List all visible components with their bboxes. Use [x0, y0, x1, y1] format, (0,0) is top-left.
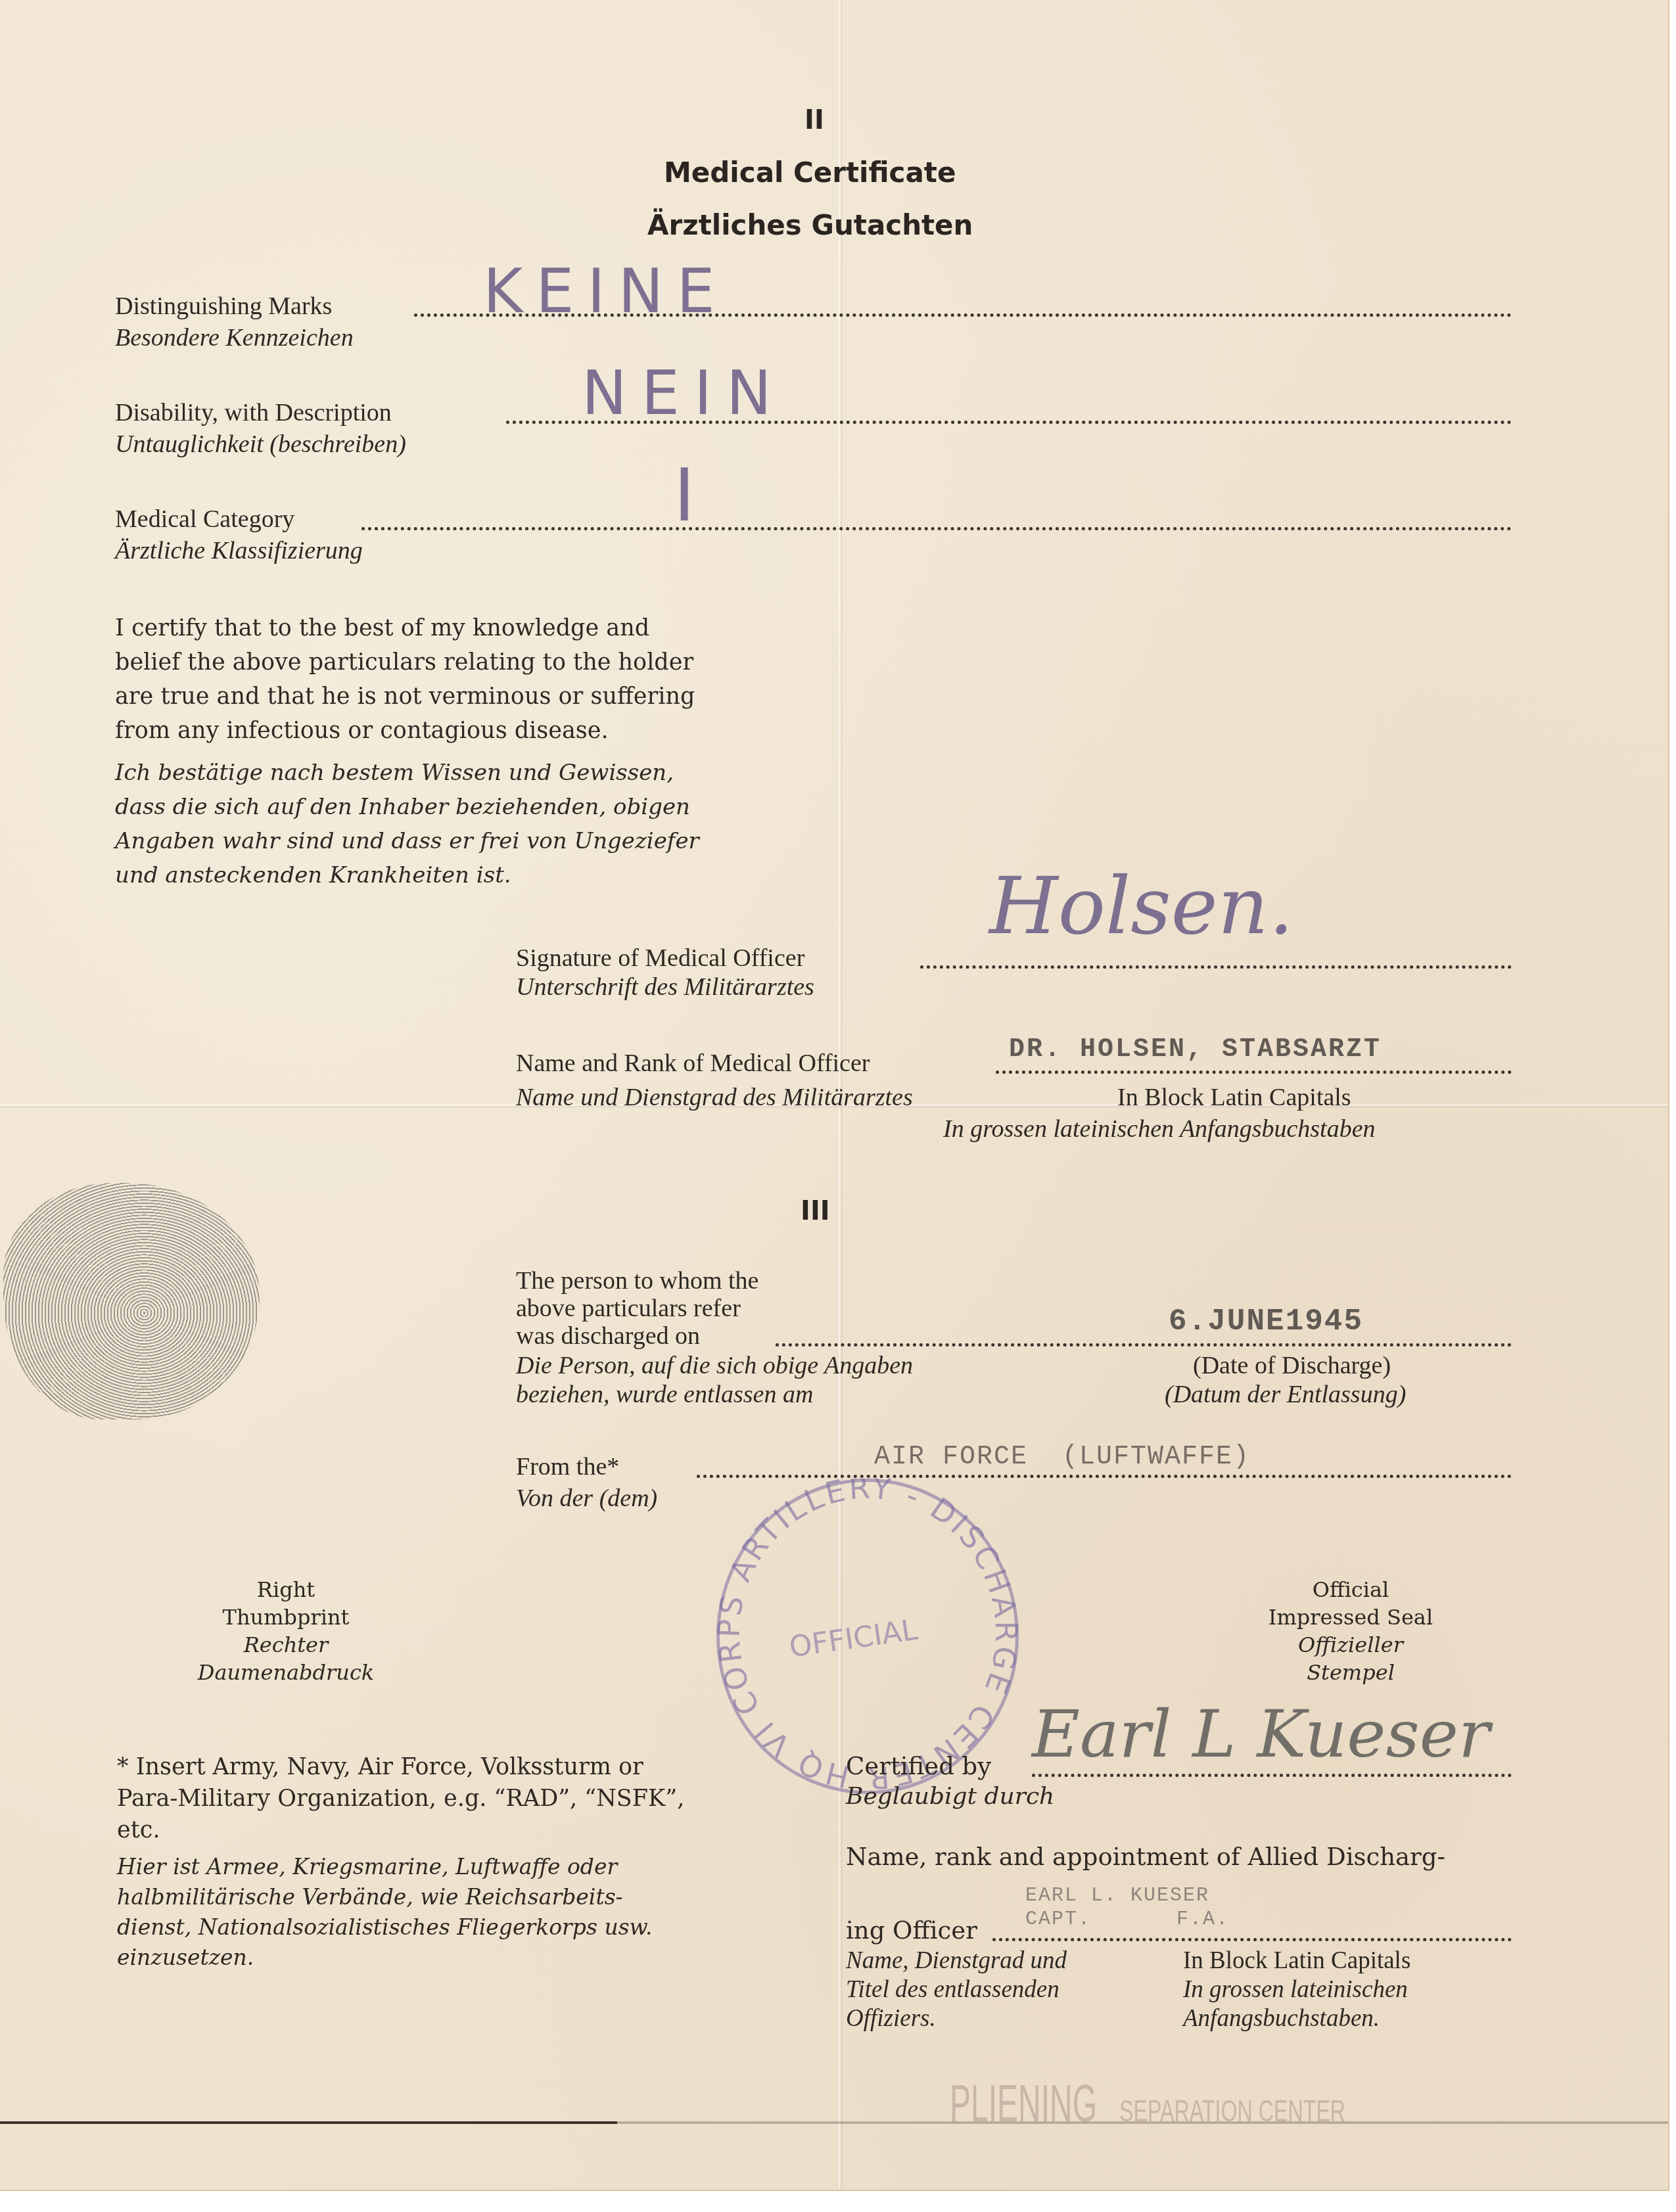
- disability-label: Disability, with Description: [115, 398, 392, 427]
- from-the-value: AIR FORCE (LUFTWAFFE): [874, 1442, 1250, 1472]
- footnote-en-line: Para-Military Organization, e.g. “RAD”, …: [117, 1783, 684, 1814]
- separation-center-stamp: PLIENING SEPARATION CENTER: [950, 2073, 1442, 2134]
- allied-officer-stamp-rank: CAPT.: [1025, 1908, 1091, 1931]
- official-seal-stamp: HQ VI CORPS ARTILLERY - DISCHARGE CENTER…: [716, 1479, 1019, 1794]
- thumbprint-caption-line: Rechter: [154, 1631, 417, 1659]
- medical-category-field-line: [361, 524, 1512, 530]
- allied-officer-name-label-line1: Name, rank and appointment of Allied Dis…: [846, 1840, 1445, 1874]
- footnote-en: * Insert Army, Navy, Air Force, Volksstu…: [117, 1751, 684, 1846]
- medical-officer-name-label-de: Name und Dienstgrad des Militärarztes: [516, 1083, 913, 1112]
- seal-caption-line: Impressed Seal: [1222, 1603, 1479, 1631]
- separation-center-stamp-big: PLIENING: [950, 2073, 1097, 2134]
- from-the-field-line: [697, 1472, 1512, 1478]
- medical-category-label: Medical Category: [115, 505, 294, 534]
- discharge-label-de-line: beziehen, wurde entlassen am: [516, 1380, 913, 1409]
- seal-caption: Official Impressed Seal Offizieller Stem…: [1222, 1576, 1479, 1686]
- block-capitals-label-de: In grossen lateinischen Anfangsbuchstabe…: [943, 1115, 1376, 1143]
- allied-officer-caps-line: In grossen lateinischen: [1183, 1975, 1410, 2004]
- distinguishing-marks-value: KEINE: [483, 256, 728, 327]
- allied-officer-caps-line: In Block Latin Capitals: [1183, 1947, 1410, 1975]
- seal-center-text: OFFICIAL: [787, 1613, 920, 1665]
- right-thumbprint-image: [3, 1183, 260, 1419]
- certification-de-line: Ich bestätige nach bestem Wissen und Gew…: [115, 756, 699, 790]
- date-of-discharge-label-de: (Datum der Entlassung): [1165, 1380, 1406, 1409]
- discharge-date-value: 6.JUNE1945: [1169, 1304, 1363, 1339]
- certification-en-line: belief the above particulars relating to…: [115, 645, 695, 680]
- seal-caption-line: Official: [1222, 1576, 1479, 1603]
- discharge-label-de-line: Die Person, auf die sich obige Angaben: [516, 1351, 913, 1380]
- footnote-en-line: * Insert Army, Navy, Air Force, Volksstu…: [117, 1751, 684, 1783]
- medical-officer-signature-label-de: Unterschrift des Militärarztes: [516, 973, 814, 1002]
- medical-officer-signature-label: Signature of Medical Officer: [516, 944, 804, 973]
- footnote-de-line: halbmilitärische Verbände, wie Reichsarb…: [117, 1882, 652, 1912]
- certification-de-line: dass die sich auf den Inhaber beziehende…: [115, 790, 699, 824]
- footnote-de-line: Hier ist Armee, Kriegsmarine, Luftwaffe …: [117, 1852, 652, 1882]
- discharge-label-line: above particulars refer: [516, 1295, 758, 1322]
- medical-category-label-de: Ärztliche Klassifizierung: [115, 536, 363, 565]
- date-of-discharge-label: (Date of Discharge): [1193, 1351, 1391, 1380]
- allied-officer-name-label-line2: ing Officer: [846, 1914, 977, 1948]
- from-the-label: From the*: [516, 1452, 619, 1481]
- medical-officer-signature: Holsen.: [989, 861, 1293, 952]
- discharge-date-line: [776, 1341, 1512, 1347]
- certification-de-line: und ansteckenden Krankheiten ist.: [115, 858, 699, 892]
- seal-ring-text-graphic: HQ VI CORPS ARTILLERY - DISCHARGE CENTER…: [716, 1479, 1019, 1794]
- allied-officer-caps-label: In Block Latin Capitals In grossen latei…: [1183, 1947, 1410, 2033]
- allied-officer-stamp-unit: F.A.: [1176, 1908, 1229, 1931]
- certified-by-label-de: Beglaubigt durch: [846, 1780, 1054, 1814]
- block-capitals-label: In Block Latin Capitals: [1117, 1083, 1351, 1112]
- seal-caption-line: Offizieller: [1222, 1631, 1479, 1659]
- section-iii-numeral: III: [801, 1196, 830, 1226]
- section-ii-numeral: II: [804, 105, 824, 135]
- footnote-de: Hier ist Armee, Kriegsmarine, Luftwaffe …: [117, 1852, 652, 1973]
- document-page: II Medical Certificate Ärztliches Gutach…: [0, 0, 1669, 2191]
- medical-officer-name-line: [996, 1068, 1512, 1074]
- medical-officer-signature-line: [920, 963, 1512, 969]
- allied-officer-stamp-name: EARL L. KUESER: [1025, 1885, 1209, 1907]
- bottom-perforation-rule: [0, 2121, 1668, 2124]
- disability-label-de: Untauglichkeit (beschreiben): [115, 430, 406, 459]
- allied-officer-de-line: Name, Dienstgrad und: [846, 1947, 1067, 1975]
- medical-officer-name-label: Name and Rank of Medical Officer: [516, 1049, 870, 1078]
- allied-officer-de-line: Offiziers.: [846, 2004, 1067, 2033]
- from-the-label-de: Von der (dem): [516, 1484, 657, 1513]
- discharge-label-line: The person to whom the: [516, 1267, 758, 1295]
- section-ii-title-en: Medical Certificate: [664, 156, 956, 189]
- distinguishing-marks-label: Distinguishing Marks: [115, 292, 332, 321]
- certified-by-label: Certified by: [846, 1749, 991, 1784]
- certification-en-line: from any infectious or contagious diseas…: [115, 714, 695, 748]
- medical-category-value: I: [674, 453, 695, 538]
- footnote-de-line: einzusetzen.: [117, 1943, 652, 1973]
- thumbprint-caption-line: Right: [154, 1576, 417, 1603]
- thumbprint-caption-line: Daumenabdruck: [154, 1659, 417, 1686]
- allied-officer-signature: Earl L Kueser: [1032, 1695, 1490, 1772]
- thumbprint-caption-line: Thumbprint: [154, 1603, 417, 1631]
- certification-de-line: Angaben wahr sind und dass er frei von U…: [115, 824, 699, 858]
- thumbprint-caption: Right Thumbprint Rechter Daumenabdruck: [154, 1576, 417, 1686]
- certification-en-line: are true and that he is not verminous or…: [115, 680, 695, 714]
- certification-en-line: I certify that to the best of my knowled…: [115, 611, 695, 645]
- allied-officer-name-line: [992, 1935, 1512, 1941]
- certification-en: I certify that to the best of my knowled…: [115, 611, 695, 748]
- footnote-de-line: dienst, Nationalsozialistisches Fliegerk…: [117, 1912, 652, 1943]
- seal-caption-line: Stempel: [1222, 1659, 1479, 1686]
- medical-officer-name-value: DR. HOLSEN, STABSARZT: [1009, 1035, 1382, 1065]
- footnote-en-line: etc.: [117, 1814, 684, 1846]
- allied-officer-caps-line: Anfangsbuchstaben.: [1183, 2004, 1410, 2033]
- disability-value: NEIN: [582, 358, 786, 428]
- allied-officer-de-label: Name, Dienstgrad und Titel des entlassen…: [846, 1947, 1067, 2033]
- distinguishing-marks-label-de: Besondere Kennzeichen: [115, 323, 354, 352]
- certification-de: Ich bestätige nach bestem Wissen und Gew…: [115, 756, 699, 892]
- section-ii-title-de: Ärztliches Gutachten: [647, 209, 973, 241]
- discharge-label-de: Die Person, auf die sich obige Angaben b…: [516, 1351, 913, 1409]
- allied-officer-de-line: Titel des entlassenden: [846, 1975, 1067, 2004]
- discharge-label-line: was discharged on: [516, 1322, 758, 1350]
- discharge-label-en: The person to whom the above particulars…: [516, 1267, 758, 1350]
